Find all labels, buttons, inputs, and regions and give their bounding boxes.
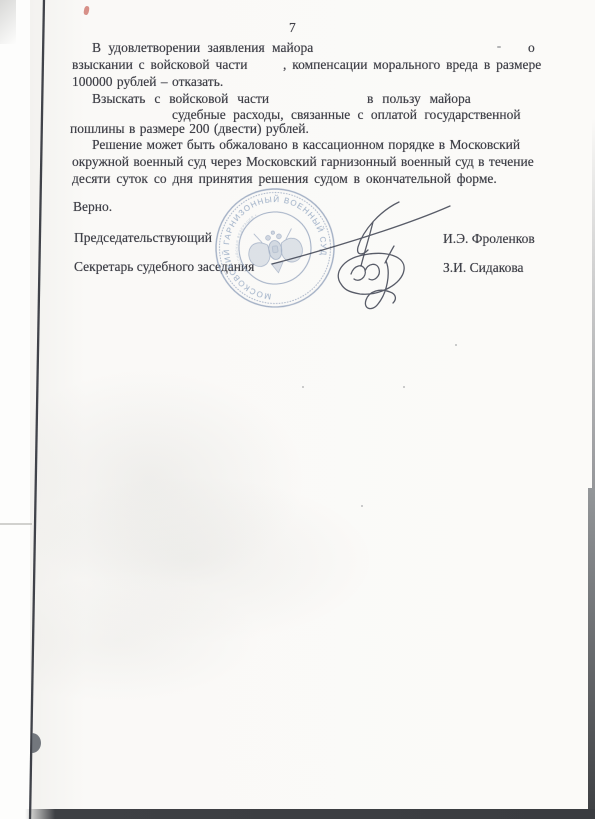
overlay-graphics: МОСКОВСКИЙ ГАРНИЗОННЫЙ ВОЕННЫЙ СУД • РОС…: [0, 0, 595, 819]
dust-speck: [302, 386, 304, 388]
dust-speck: [455, 344, 457, 346]
faint-dash-mark: [497, 46, 501, 48]
punch-hole-shadow: [32, 733, 41, 753]
signature-sidakova: [338, 246, 404, 309]
double-headed-eagle-icon: [246, 227, 305, 276]
dust-speck: [361, 505, 363, 507]
dust-speck: [403, 386, 405, 388]
page-fold-line: [30, 0, 44, 819]
scanned-court-decision-page: 7 В удовлетворении заявления майора о вз…: [0, 0, 595, 819]
court-seal-stamp: МОСКОВСКИЙ ГАРНИЗОННЫЙ ВОЕННЫЙ СУД • РОС…: [208, 181, 341, 314]
signature-frolenkov: [272, 202, 450, 266]
